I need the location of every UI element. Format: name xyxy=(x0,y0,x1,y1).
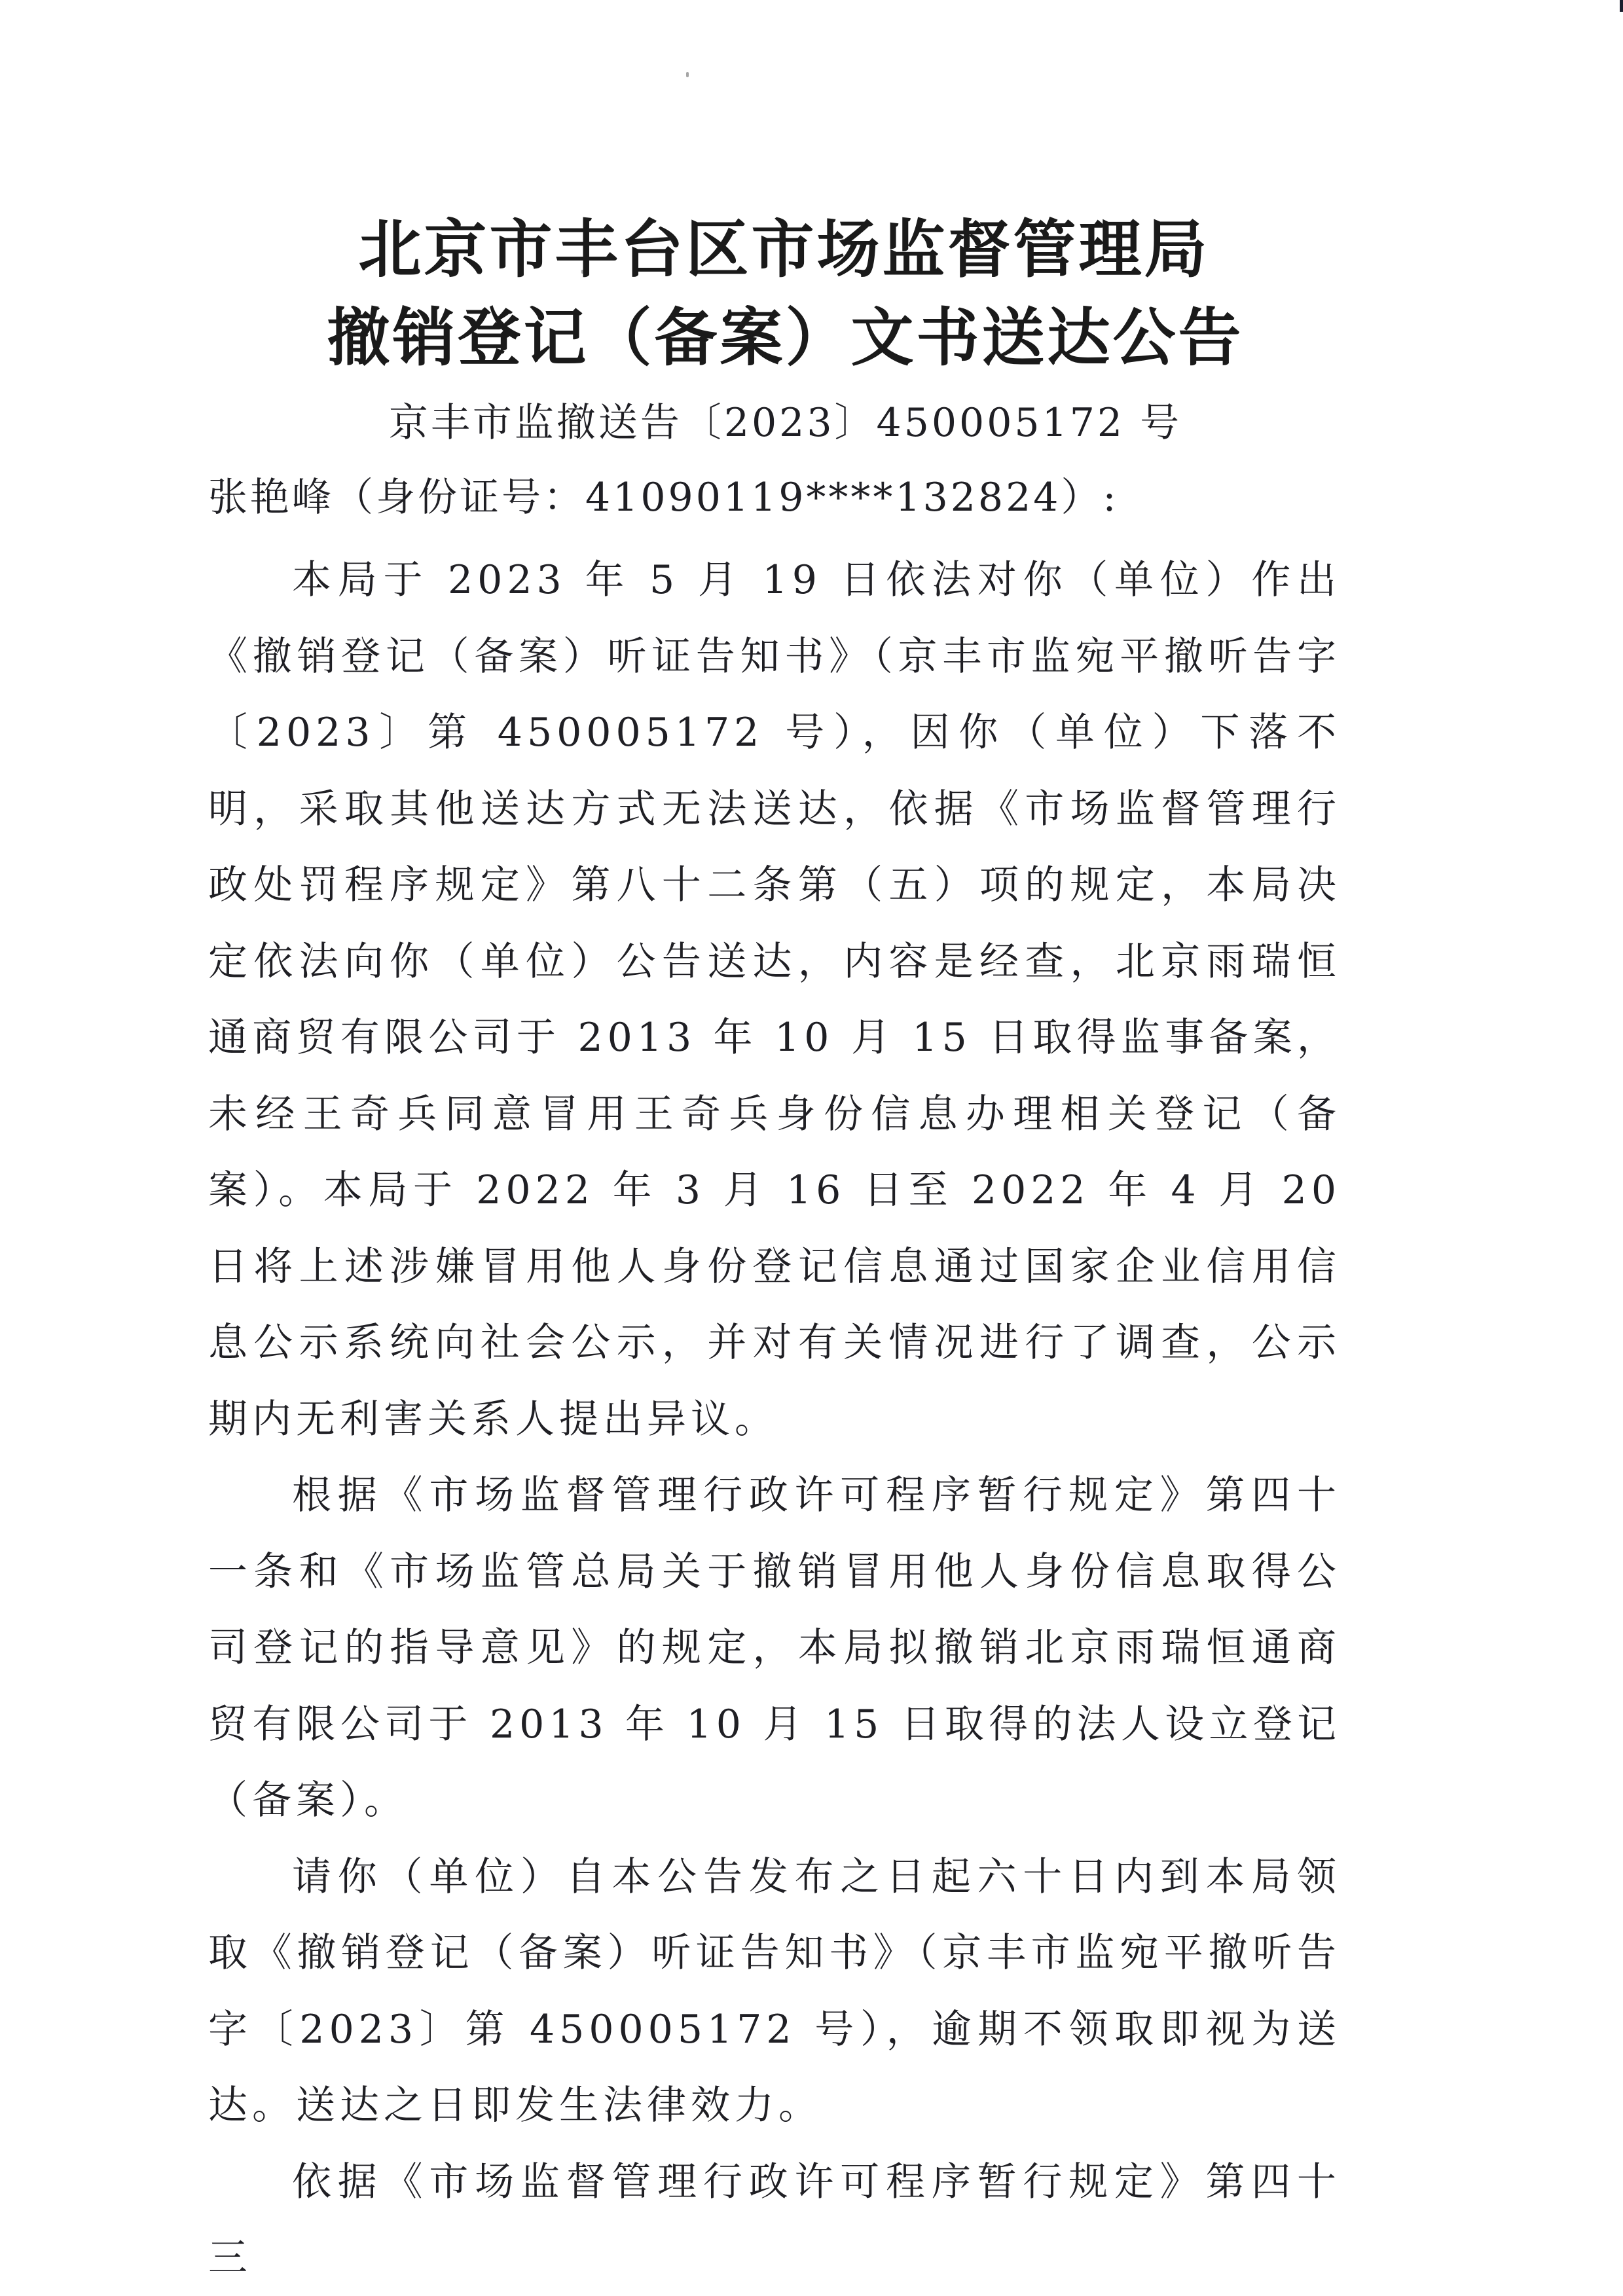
notice-title-line1: 北京市丰台区市场监督管理局 xyxy=(0,200,1596,289)
notice-title-line2: 撤销登记（备案）文书送达公告 xyxy=(0,288,1597,378)
addressee: 张艳峰（身份证号：41090119****132824）: xyxy=(208,466,1119,522)
notice-body: 本局于 2023 年 5 月 19 日依法对你（单位）作出《撤销登记（备案）听证… xyxy=(208,542,1341,2296)
scan-edge-mark xyxy=(1620,0,1623,12)
body-paragraph: 请你（单位）自本公告发布之日起六十日内到本局领取《撤销登记（备案）听证告知书》（… xyxy=(208,1839,1341,2144)
document-number: 京丰市监撤送告〔2023〕450005172 号 xyxy=(0,392,1597,448)
document-page: 北京市丰台区市场监督管理局 撤销登记（备案）文书送达公告 京丰市监撤送告〔202… xyxy=(0,0,1623,2296)
scan-speck xyxy=(686,72,689,77)
body-paragraph: 依据《市场监督管理行政许可程序暂行规定》第四十三 xyxy=(208,2144,1341,2296)
body-paragraph: 本局于 2023 年 5 月 19 日依法对你（单位）作出《撤销登记（备案）听证… xyxy=(208,542,1341,1457)
body-paragraph: 根据《市场监督管理行政许可程序暂行规定》第四十一条和《市场监管总局关于撤销冒用他… xyxy=(208,1457,1341,1839)
